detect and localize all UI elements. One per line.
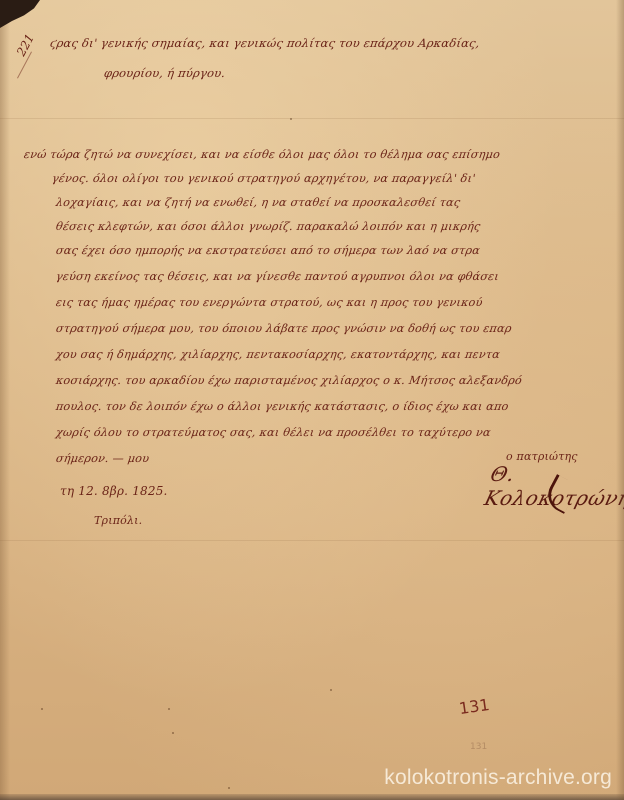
body-line: ενώ τώρα ζητώ να συνεχίσει, και να είσθε… bbox=[23, 148, 501, 161]
paper-speck bbox=[290, 118, 292, 120]
body-line: λοχαγίαις, και να ζητή να ενωθεί, η να σ… bbox=[55, 196, 461, 209]
paper-fold bbox=[0, 540, 624, 541]
body-line: γένος. όλοι ολίγοι του γενικού στρατηγού… bbox=[51, 172, 476, 185]
document-scan: 221 ϛρας δι' γενικής σημαίας, και γενικώ… bbox=[0, 0, 624, 800]
letter-date: τη 12. 8βρ. 1825. bbox=[60, 484, 168, 498]
page-number: 131 bbox=[458, 695, 491, 718]
body-line: θέσεις κλεφτών, και όσοι άλλοι γνωρίζ. π… bbox=[55, 220, 481, 233]
header-line: ϛρας δι' γενικής σημαίας, και γενικώς πο… bbox=[49, 36, 481, 50]
archive-watermark: kolokotronis-archive.org bbox=[384, 766, 612, 790]
body-line: εις τας ήμας ημέρας του ενεργώντα στρατο… bbox=[55, 296, 483, 309]
body-line: σήμερον. — μου bbox=[55, 452, 150, 465]
scan-edge bbox=[0, 794, 624, 800]
torn-corner bbox=[0, 0, 40, 28]
paper-speck bbox=[228, 787, 230, 789]
letter-place: Τριπόλι. bbox=[94, 514, 142, 527]
paper-speck bbox=[330, 689, 332, 691]
page-number-faint: 131 bbox=[470, 742, 487, 752]
paper-speck bbox=[41, 708, 43, 710]
body-line: κοσιάρχης. του αρκαδίου έχω παρισταμένος… bbox=[55, 374, 523, 387]
body-line: χωρίς όλου το στρατεύματος σας, και θέλε… bbox=[55, 426, 492, 439]
body-line: σας έχει όσο ημπορής να εκστρατεύσει από… bbox=[55, 244, 481, 257]
body-line: γεύση εκείνος τας θέσεις, και να γίνεσθε… bbox=[55, 270, 500, 283]
body-line: χου σας ή δημάρχης, χιλίαρχης, πεντακοσί… bbox=[55, 348, 501, 361]
margin-note: 221 bbox=[14, 32, 37, 59]
paper-speck bbox=[168, 708, 170, 710]
paper-fold bbox=[0, 118, 624, 119]
body-line: πουλος. τον δε λοιπόν έχω ο άλλοι γενική… bbox=[55, 400, 509, 413]
paper-speck bbox=[172, 732, 174, 734]
header-line: φρουρίου, ή πύργου. bbox=[103, 66, 226, 80]
body-line: στρατηγού σήμερα μου, του όποιου λάβατε … bbox=[55, 322, 512, 335]
